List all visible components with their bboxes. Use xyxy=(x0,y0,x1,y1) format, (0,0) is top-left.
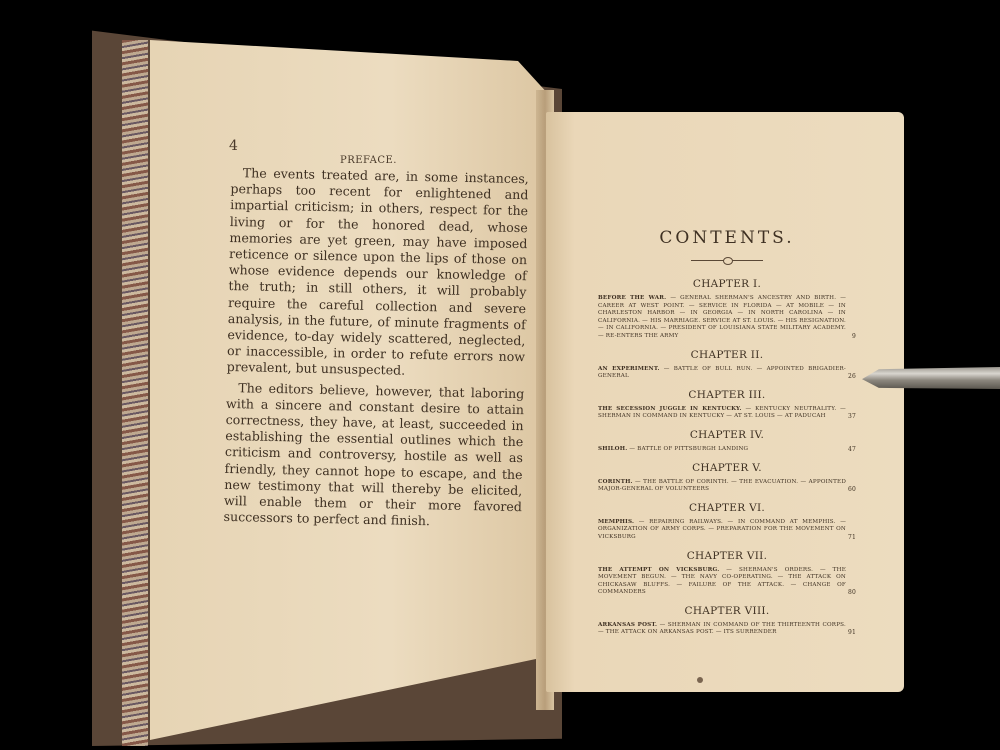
chapter-description: — Repairing Railways. — In Command at Me… xyxy=(598,519,846,540)
chapter-entry: CHAPTER V. CORINTH. — The Battle of Cori… xyxy=(598,462,856,494)
preface-body: The events treated are, in some instance… xyxy=(223,165,529,536)
chapter-entry: CHAPTER VI. MEMPHIS. — Repairing Railway… xyxy=(598,502,856,542)
chapter-title: SHILOH. xyxy=(598,446,627,452)
chapter-page: 47 xyxy=(848,446,856,454)
chapter-entry: CHAPTER III. THE SECESSION JUGGLE IN KEN… xyxy=(598,389,856,421)
chapter-heading: CHAPTER II. xyxy=(598,349,856,361)
chapter-title: BEFORE THE WAR. xyxy=(598,295,666,301)
chapter-description: — General Sherman's Ancestry and Birth. … xyxy=(598,295,846,339)
chapter-page: 91 xyxy=(848,629,856,637)
chapter-description: — The Battle of Corinth. — The Evacuatio… xyxy=(598,479,846,493)
chapter-description: — Battle of Pittsburgh Landing xyxy=(629,446,748,452)
letter-opener-blade xyxy=(862,367,1000,389)
chapter-page: 71 xyxy=(848,534,856,542)
open-book: 4 PREFACE. The events treated are, in so… xyxy=(0,0,1000,750)
chapter-heading: CHAPTER VI. xyxy=(598,502,856,514)
preface-paragraph: The editors believe, however, that labor… xyxy=(223,380,524,532)
chapter-title: CORINTH. xyxy=(598,479,633,485)
chapter-entry: CHAPTER II. AN EXPERIMENT. — Battle of B… xyxy=(598,349,856,381)
chapter-page: 9 xyxy=(852,333,856,341)
ornament-divider-icon xyxy=(691,256,763,266)
chapter-page: 80 xyxy=(848,589,856,597)
chapter-heading: CHAPTER III. xyxy=(598,389,856,401)
contents-title: CONTENTS. xyxy=(598,228,856,248)
contents-list: CONTENTS. CHAPTER I. BEFORE THE WAR. — G… xyxy=(598,228,856,645)
chapter-entry: CHAPTER I. BEFORE THE WAR. — General She… xyxy=(598,278,856,341)
chapter-entry: CHAPTER IV. SHILOH. — Battle of Pittsbur… xyxy=(598,429,856,454)
chapter-heading: CHAPTER IV. xyxy=(598,429,856,441)
chapter-page: 37 xyxy=(848,413,856,421)
chapter-page: 60 xyxy=(848,486,856,494)
chapter-title: THE SECESSION JUGGLE IN KENTUCKY. xyxy=(598,406,742,412)
preface-paragraph: The events treated are, in some instance… xyxy=(227,165,529,382)
chapter-heading: CHAPTER V. xyxy=(598,462,856,474)
chapter-page: 26 xyxy=(848,373,856,381)
paper-foxing-spot xyxy=(697,677,703,683)
chapter-title: THE ATTEMPT ON VICKSBURG. xyxy=(598,567,719,573)
chapter-title: MEMPHIS. xyxy=(598,519,634,525)
page-number: 4 xyxy=(229,138,238,154)
chapter-title: AN EXPERIMENT. xyxy=(598,366,660,372)
chapter-heading: CHAPTER VII. xyxy=(598,550,856,562)
chapter-entry: CHAPTER VIII. ARKANSAS POST. — Sherman i… xyxy=(598,605,856,637)
marbled-endpaper xyxy=(122,40,148,746)
preface-heading: PREFACE. xyxy=(340,155,397,166)
chapter-heading: CHAPTER VIII. xyxy=(598,605,856,617)
chapter-title: ARKANSAS POST. xyxy=(598,622,657,628)
chapter-entry: CHAPTER VII. THE ATTEMPT ON VICKSBURG. —… xyxy=(598,550,856,597)
chapter-heading: CHAPTER I. xyxy=(598,278,856,290)
